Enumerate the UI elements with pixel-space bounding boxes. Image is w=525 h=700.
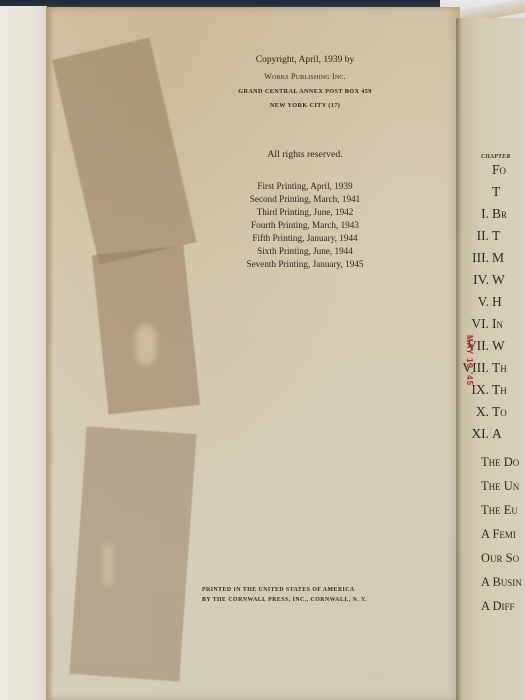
printing-history: First Printing, April, 1939 Second Print… [205, 180, 405, 271]
printing-entry: Seventh Printing, January, 1945 [205, 258, 405, 271]
chapter-title: T [492, 184, 500, 200]
open-book-photo: Copyright, April, 1939 by Works Publishi… [0, 0, 525, 700]
chapter-title: M [492, 250, 504, 266]
printing-entry: Second Printing, March, 1941 [205, 193, 405, 206]
printing-entry: Fourth Printing, March, 1943 [205, 219, 405, 232]
printing-entry: Sixth Printing, June, 1944 [205, 245, 405, 258]
chapter-title: T [492, 228, 500, 244]
chapter-number: III. [472, 250, 489, 266]
toc-row: Fo [463, 160, 525, 182]
toc-row: VI.In [463, 314, 525, 336]
printer-imprint: Printed in the United States of America … [202, 585, 367, 605]
publisher-name: Works Publishing Inc. [205, 69, 405, 84]
publisher-city: New York City (17) [205, 100, 405, 112]
toc-row: XI.A [463, 424, 525, 446]
copyright-line: Copyright, April, 1939 by [205, 52, 405, 69]
chapter-number: V. [478, 294, 489, 310]
appendix-item: A Busin [481, 570, 525, 594]
toc-row: X.To [463, 402, 525, 424]
chapter-title: Th [492, 382, 507, 398]
chapter-title: Th [492, 360, 507, 376]
printer-line: by the Cornwall Press, Inc., Cornwall, N… [202, 595, 367, 605]
printing-entry: Fifth Printing, January, 1944 [205, 232, 405, 245]
appendix-item: The Un [481, 474, 525, 498]
chapter-title: W [492, 272, 505, 288]
copyright-block: Copyright, April, 1939 by Works Publishi… [205, 52, 405, 112]
chapter-title: To [492, 404, 507, 420]
date-stamp: MAY 13 '45 [465, 335, 474, 386]
publisher-address: Grand Central Annex Post Box 459 [205, 84, 405, 100]
printer-line: Printed in the United States of America [202, 585, 367, 595]
appendix-item: The Do [481, 450, 525, 474]
appendix-item: Our So [481, 546, 525, 570]
appendix-list: The Do The Un The Eu A Femi Our So A Bus… [481, 450, 525, 618]
toc-row: IV.W [463, 270, 525, 292]
chapter-title: A [492, 426, 502, 442]
table-of-contents: Fo T I.Br II.T III.M IV.W V.H VI.In VII.… [463, 160, 525, 446]
stain-highlight [135, 325, 157, 365]
chapter-title: Fo [492, 162, 506, 178]
chapter-number: XI. [471, 426, 489, 442]
toc-row: II.T [463, 226, 525, 248]
toc-row: V.H [463, 292, 525, 314]
page-edge-shadow [46, 7, 54, 700]
toc-row: III.M [463, 248, 525, 270]
appendix-item: The Eu [481, 498, 525, 522]
stain-highlight [103, 545, 113, 585]
chapter-title: In [492, 316, 503, 332]
chapter-number: VI. [471, 316, 489, 332]
chapter-number: II. [477, 228, 489, 244]
chapter-title: H [492, 294, 502, 310]
chapter-number: IV. [473, 272, 489, 288]
chapter-title: Br [492, 206, 507, 222]
chapter-number: I. [481, 206, 489, 222]
appendix-item: A Femi [481, 522, 525, 546]
chapter-title: W [492, 338, 505, 354]
chapter-number: X. [476, 404, 489, 420]
toc-row: T [463, 182, 525, 204]
appendix-item: A Diff [481, 594, 525, 618]
chapter-number: IX. [471, 382, 489, 398]
rights-statement: All rights reserved. [205, 149, 405, 160]
toc-row: I.Br [463, 204, 525, 226]
printing-entry: Third Printing, June, 1942 [205, 206, 405, 219]
printing-entry: First Printing, April, 1939 [205, 180, 405, 193]
tape-stain [69, 426, 196, 681]
blank-flyleaf [0, 6, 47, 700]
